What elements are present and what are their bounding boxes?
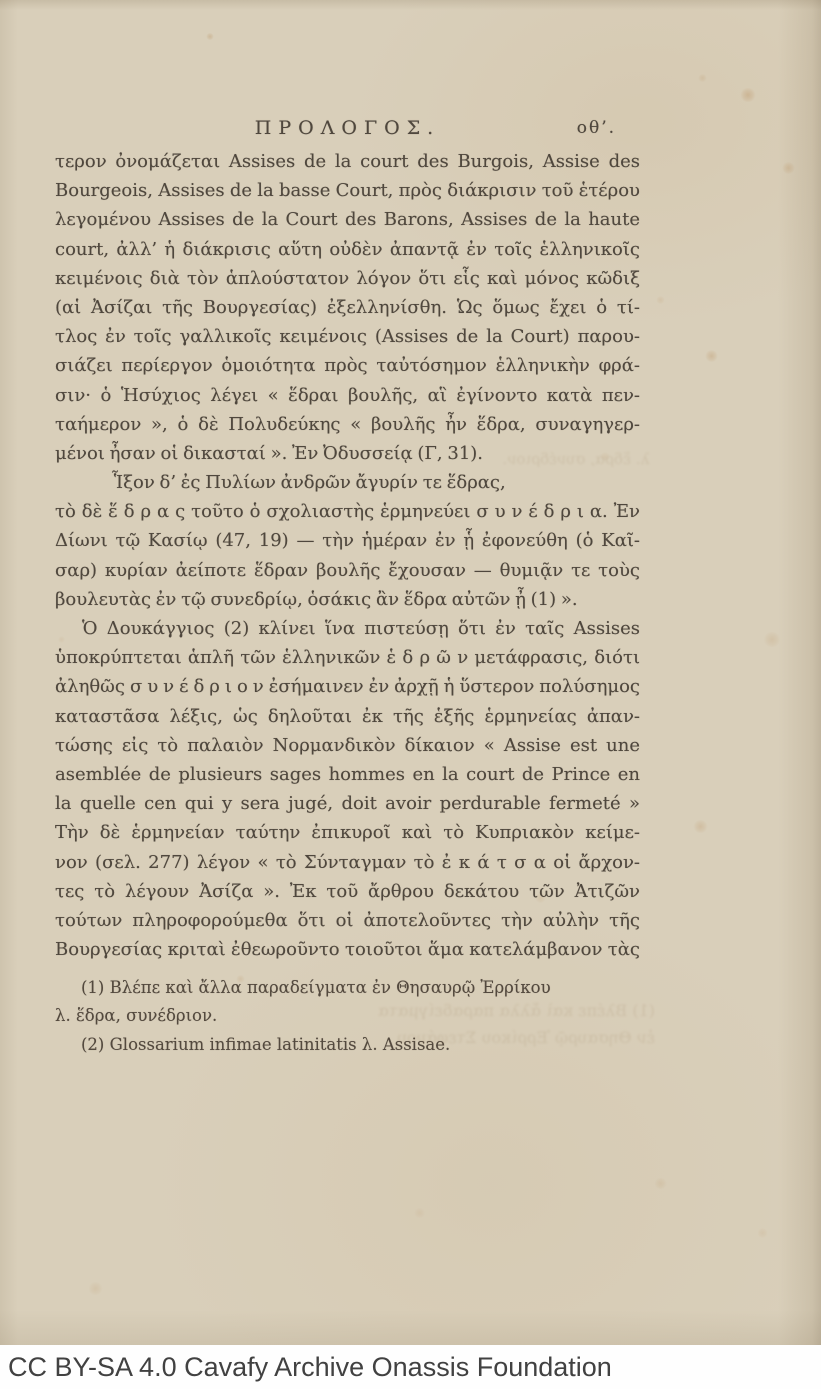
foxing-spot <box>757 1228 768 1238</box>
text-line: τὸ δὲ ἕ δ ρ α ς τοῦτο ὁ σχολιαστὴς ἑρμην… <box>55 497 640 526</box>
text-line: Βουργεσίας κριταὶ ἐθεωροῦντο τοιοῦτοι ἅμ… <box>55 935 640 964</box>
foxing-spot <box>782 162 795 174</box>
foxing-spot <box>698 74 707 82</box>
text-line: κειμένοις διὰ τὸν ἁπλούστατον λόγον ὅτι … <box>55 264 640 293</box>
foxing-spot <box>740 88 756 102</box>
text-line: καταστᾶσα λέξις, ὡς δηλοῦται ἐκ τῆς ἑξῆς… <box>55 702 640 731</box>
text-line: σιάζει περίεργον ὁμοιότητα πρὸς ταὐτόσημ… <box>55 351 640 380</box>
attribution-bar: CC BY-SA 4.0 Cavafy Archive Onassis Foun… <box>0 1345 821 1389</box>
text-line: (αἱ Ἀσίζαι τῆς Βουργεσίας) ἐξελληνίσθη. … <box>55 293 640 322</box>
license-text: CC BY-SA 4.0 Cavafy Archive Onassis Foun… <box>8 1352 612 1382</box>
foxing-spot <box>654 1178 667 1189</box>
footnote-line: λ. ἕδρα, συνέδριον. <box>55 1002 620 1030</box>
footnote-line: (2) Glossarium infimae latinitatis λ. As… <box>55 1031 620 1059</box>
foxing-spot <box>763 632 781 647</box>
text-line: Ὁ Δουκάγγιος (2) κλίνει ἵνα πιστεύσῃ ὅτι… <box>55 614 640 643</box>
text-line: τλος ἐν τοῖς γαλλικοῖς κειμένοις (Assise… <box>55 322 640 351</box>
text-line: asemblée de plusieurs sages hommes en la… <box>55 760 640 789</box>
text-line: ταήμερον », ὁ δὲ Πολυδεύκης « βουλῆς ἦν … <box>55 410 640 439</box>
text-line: Τὴν δὲ ἑρμηνείαν ταύτην ἐπικυροῖ καὶ τὸ … <box>55 818 640 847</box>
text-line: λεγομένου Assises de la Court des Barons… <box>55 205 640 234</box>
text-line: τώσης εἰς τὸ παλαιὸν Νορμανδικὸν δίκαιον… <box>55 731 640 760</box>
text-line: τερον ὀνομάζεται Assises de la court des… <box>55 147 640 176</box>
page-number: οθ’. <box>577 118 616 138</box>
text-line: ἀληθῶς σ υ ν έ δ ρ ι ο ν ἐσήμαινεν ἐν ἀρ… <box>55 672 640 701</box>
page-header: ΠΡΟΛΟΓΟΣ. οθ’. <box>55 117 640 143</box>
book-page-scan: ΠΡΟΛΟΓΟΣ. οθ’. τερον ὀνομάζεται Assises … <box>0 0 821 1345</box>
text-line: Bourgeois, Assises de la basse Court, πρ… <box>55 176 640 205</box>
footnote-line: (1) Βλέπε καὶ ἄλλα παραδείγματα ἐν Θησαυ… <box>55 974 620 1002</box>
text-line: τούτων πληροφορούμεθα ὅτι οἱ ἀποτελοῦντε… <box>55 906 640 935</box>
verse-line: Ἷξον δ’ ἐς Πυλίων ἀνδρῶν ἄγυρίν τε ἕδρας… <box>55 468 640 497</box>
text-line: σαρ) κυρίαν ἀείποτε ἕδραν βουλῆς ἔχουσαν… <box>55 556 640 585</box>
page-title: ΠΡΟΛΟΓΟΣ. <box>55 117 640 139</box>
body-text: τερον ὀνομάζεται Assises de la court des… <box>55 147 640 964</box>
text-line: μένοι ἦσαν οἱ δικασταί ». Ἐν Ὀδυσσείᾳ (Γ… <box>55 439 640 468</box>
text-line: νον (σελ. 277) λέγον « τὸ Σύνταγμαν τὸ ἐ… <box>55 848 640 877</box>
foxing-spot <box>693 820 708 833</box>
foxing-spot <box>705 350 718 362</box>
footnotes: (1) Βλέπε καὶ ἄλλα παραδείγματα ἐν Θησαυ… <box>55 974 620 1059</box>
foxing-spot <box>206 33 214 40</box>
text-line: τες τὸ λέγουν Ἀσίζα ». Ἐκ τοῦ ἄρθρου δεκ… <box>55 877 640 906</box>
text-line: βουλευτὰς ἐν τῷ συνεδρίῳ, ὁσάκις ἂν ἕδρα… <box>55 585 640 614</box>
text-line: σιν· ὁ Ἡσύχιος λέγει « ἕδραι βουλῆς, αἳ … <box>55 381 640 410</box>
text-line: ὑποκρύπτεται ἁπλῆ τῶν ἑλληνικῶν ἑ δ ρ ῶ … <box>55 643 640 672</box>
foxing-spot <box>414 1208 425 1218</box>
foxing-spot <box>88 1282 103 1295</box>
foxing-spot <box>656 296 665 304</box>
text-line: la quelle cen qui y sera jugé, doit avoi… <box>55 789 640 818</box>
text-line: court, ἀλλ’ ἡ διάκρισις αὕτη οὐδὲν ἀπαντ… <box>55 235 640 264</box>
text-line: Δίωνι τῷ Κασίῳ (47, 19) — τὴν ἡμέραν ἐν … <box>55 526 640 555</box>
